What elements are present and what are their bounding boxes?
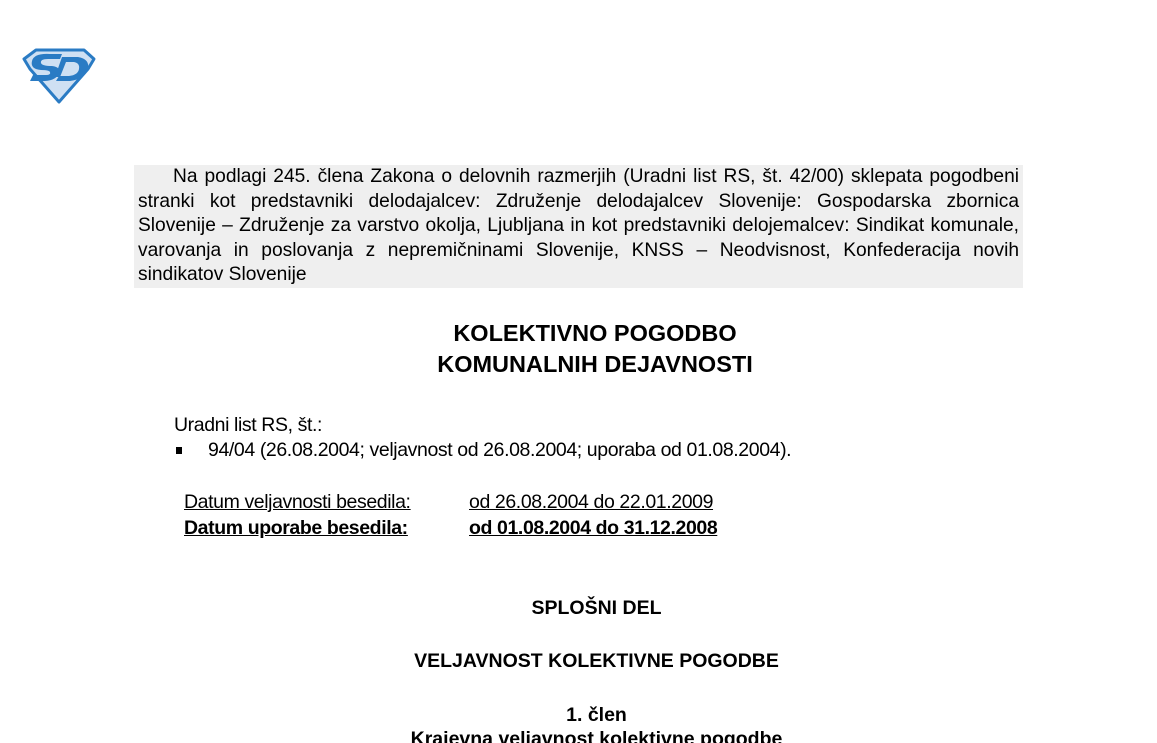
text-dates: Datum veljavnosti besedila: od 26.08.200… [184, 490, 717, 541]
validity-date-row: Datum veljavnosti besedila: od 26.08.200… [184, 490, 717, 516]
document-title: KOLEKTIVNO POGODBO KOMUNALNIH DEJAVNOSTI [0, 318, 1157, 380]
application-date-label: Datum uporabe besedila: [184, 517, 408, 539]
official-gazette-references: Uradni list RS, št.: 94/04 (26.08.2004; … [174, 413, 791, 463]
section-heading-general: SPLOŠNI DEL [0, 596, 1157, 620]
document-title-line-2: KOMUNALNIH DEJAVNOSTI [0, 349, 1157, 380]
square-bullet-icon [176, 447, 182, 454]
gazette-list: 94/04 (26.08.2004; veljavnost od 26.08.2… [174, 438, 791, 463]
article-number: 1. člen [0, 703, 1157, 727]
sd-shield-logo-icon [22, 47, 96, 105]
document-title-line-1: KOLEKTIVNO POGODBO [0, 318, 1157, 349]
gazette-entry-text: 94/04 (26.08.2004; veljavnost od 26.08.2… [208, 439, 791, 461]
gazette-entry: 94/04 (26.08.2004; veljavnost od 26.08.2… [174, 438, 791, 463]
section-heading-validity: VELJAVNOST KOLEKTIVNE POGODBE [0, 649, 1157, 673]
preamble-paragraph: Na podlagi 245. člena Zakona o delovnih … [134, 165, 1023, 288]
validity-date-value: od 26.08.2004 do 22.01.2009 [469, 490, 713, 516]
validity-date-label: Datum veljavnosti besedila: [184, 491, 411, 513]
gazette-label: Uradni list RS, št.: [174, 413, 791, 438]
application-date-value: od 01.08.2004 do 31.12.2008 [469, 516, 717, 542]
article-title: Krajevna veljavnost kolektivne pogodbe [0, 727, 1157, 743]
application-date-row: Datum uporabe besedila: od 01.08.2004 do… [184, 516, 717, 542]
